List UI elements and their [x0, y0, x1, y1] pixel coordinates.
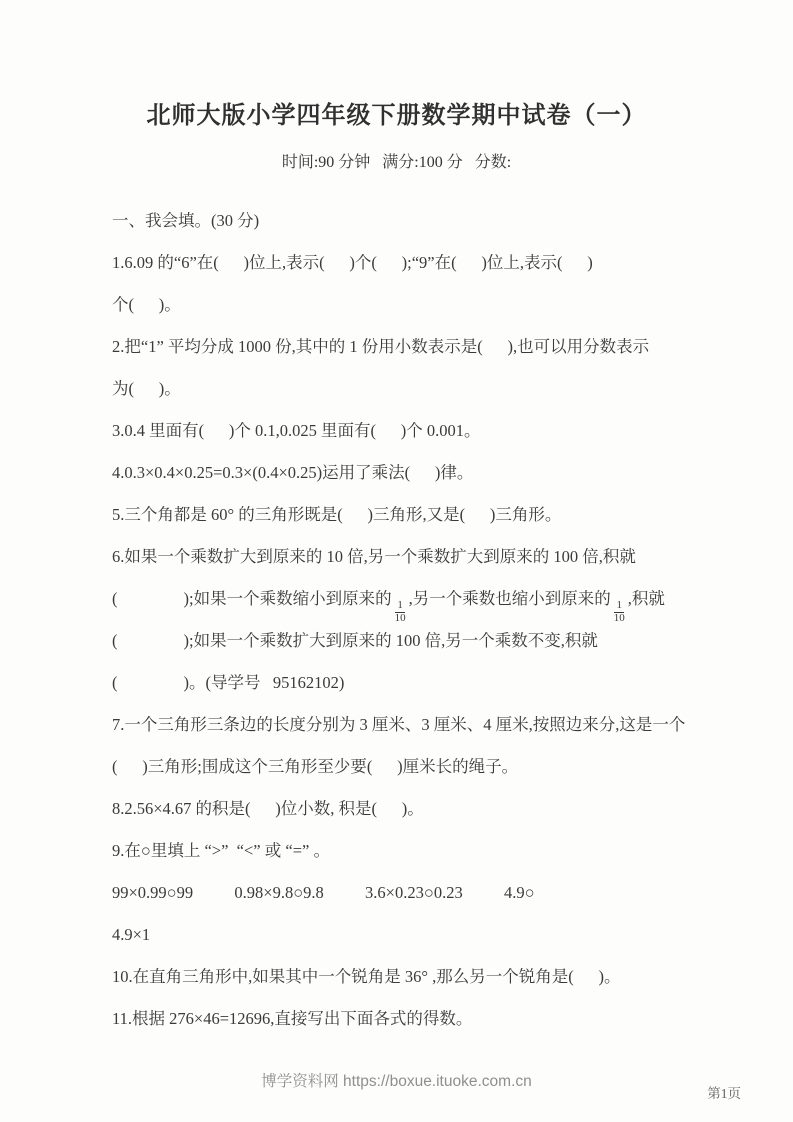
- page-number: 第1页: [707, 1082, 741, 1102]
- question-9-line-2: 99×0.99○99 0.98×9.8○9.8 3.6×0.23○0.23 4.…: [112, 872, 683, 914]
- page-title: 北师大版小学四年级下册数学期中试卷（一）: [0, 0, 793, 130]
- question-1-line-1: 1.6.09 的“6”在( )位上,表示( )个( );“9”在( )位上,表示…: [112, 242, 683, 284]
- question-2-line-2: 为( )。: [112, 368, 683, 410]
- question-10: 10.在直角三角形中,如果其中一个锐角是 36° ,那么另一个锐角是( )。: [112, 956, 683, 998]
- question-6-line-2: ( );如果一个乘数缩小到原来的110,另一个乘数也缩小到原来的110,积就: [112, 578, 683, 620]
- fraction: 110: [612, 600, 627, 624]
- question-7-line-1: 7.一个三角形三条边的长度分别为 3 厘米、3 厘米、4 厘米,按照边来分,这是…: [112, 704, 683, 746]
- question-6-line-1: 6.如果一个乘数扩大到原来的 10 倍,另一个乘数扩大到原来的 100 倍,积就: [112, 536, 683, 578]
- question-1-line-2: 个( )。: [112, 284, 683, 326]
- watermark-text: 博学资料网 https://boxue.ituoke.com.cn: [0, 1069, 793, 1091]
- section-heading: 一、我会填。(30 分): [112, 200, 683, 242]
- question-7-line-2: ( )三角形;围成这个三角形至少要( )厘米长的绳子。: [112, 746, 683, 788]
- question-9-line-3: 4.9×1: [112, 914, 683, 956]
- question-11: 11.根据 276×46=12696,直接写出下面各式的得数。: [112, 998, 683, 1040]
- question-4: 4.0.3×0.4×0.25=0.3×(0.4×0.25)运用了乘法( )律。: [112, 452, 683, 494]
- question-8: 8.2.56×4.67 的积是( )位小数, 积是( )。: [112, 788, 683, 830]
- question-9-line-1: 9.在○里填上 “>” “<” 或 “=” 。: [112, 830, 683, 872]
- exam-meta-line: 时间:90 分钟 满分:100 分 分数:: [0, 149, 793, 172]
- exam-paper-page: 北师大版小学四年级下册数学期中试卷（一） 时间:90 分钟 满分:100 分 分…: [0, 0, 793, 1122]
- question-list: 一、我会填。(30 分)1.6.09 的“6”在( )位上,表示( )个( );…: [112, 200, 683, 1040]
- question-6-line-3: ( );如果一个乘数扩大到原来的 100 倍,另一个乘数不变,积就: [112, 620, 683, 662]
- question-5: 5.三个角都是 60° 的三角形既是( )三角形,又是( )三角形。: [112, 494, 683, 536]
- question-2-line-1: 2.把“1” 平均分成 1000 份,其中的 1 份用小数表示是( ),也可以用…: [112, 326, 683, 368]
- question-3: 3.0.4 里面有( )个 0.1,0.025 里面有( )个 0.001。: [112, 410, 683, 452]
- question-6-line-4: ( )。(导学号 95162102): [112, 662, 683, 704]
